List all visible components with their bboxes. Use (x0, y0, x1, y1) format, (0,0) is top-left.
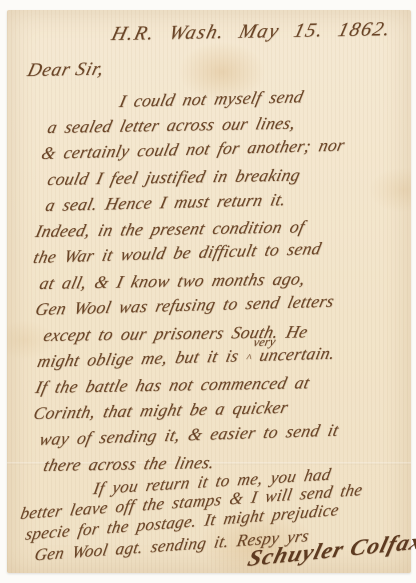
letter-body: I could not myself send a sealed letter … (31, 88, 340, 478)
insertion-mark: ^very (243, 342, 254, 371)
insertion-before-text: might oblige me, but it is (36, 345, 241, 371)
dateline: H.R. Wash. May 15. 1862. (109, 18, 394, 46)
salutation: Dear Sir, (25, 59, 107, 82)
scanned-letter: H.R. Wash. May 15. 1862. Dear Sir, I cou… (0, 0, 416, 583)
letter-paper: H.R. Wash. May 15. 1862. Dear Sir, I cou… (7, 10, 411, 573)
